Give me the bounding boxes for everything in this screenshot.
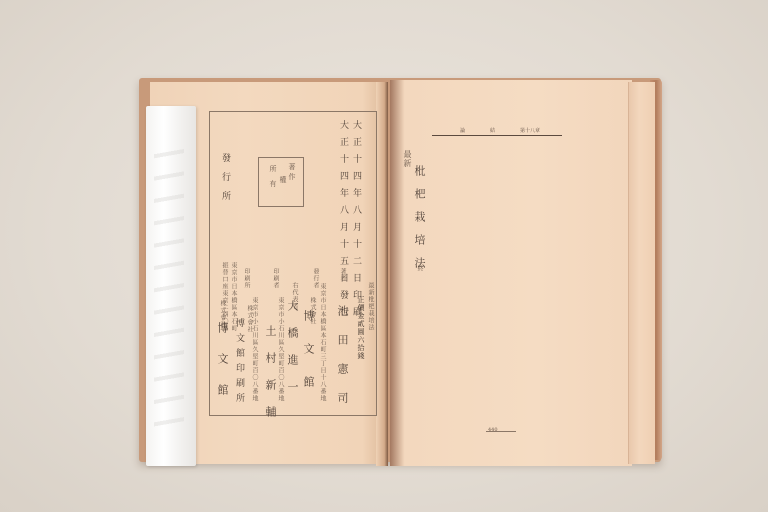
seal-text-2: 權 <box>278 176 288 184</box>
publishing-date: 大正十四年八月十五日發行 <box>337 120 350 324</box>
seal-text-1: 著作 <box>287 163 297 183</box>
header-rule <box>432 135 562 136</box>
issuer-label: 發行所 <box>219 153 232 210</box>
title-end-mark: 終 <box>415 265 424 272</box>
representative-name: 大橋進一 <box>284 300 300 408</box>
paper-spine-wrap <box>146 106 196 466</box>
printing-office-role: 印刷所 <box>242 268 251 289</box>
price-value: 正價金貳圓六拾錢 <box>356 296 366 360</box>
publisher-name: 博文館 <box>300 310 316 409</box>
page-stack <box>628 82 655 464</box>
price-title: 最新枇杷栽培法 <box>366 282 375 331</box>
book-title: 枇杷栽培法 <box>411 165 427 280</box>
issuer-name: 博文館 <box>214 322 230 415</box>
gutter <box>376 82 388 466</box>
running-header-chapter: 第十八章 <box>520 127 540 134</box>
author-name: 池田憲司 <box>334 305 350 421</box>
printing-office-company-prefix: 株式會社 <box>245 305 254 333</box>
issuer-address: 東京市日本橋區本石町 <box>229 262 238 332</box>
publisher-address: 東京市日本橋區本石町三丁目十八番地 <box>318 283 327 402</box>
seal-text-3: 所有 <box>268 165 278 195</box>
printer-name: 土村新輔 <box>262 325 278 433</box>
author-role: 著者 <box>338 268 347 282</box>
page-number: 440 <box>488 427 498 433</box>
printer-role: 印刷者 <box>271 268 280 289</box>
printing-date: 大正十四年八月十二日印刷 <box>350 120 363 324</box>
running-header-word-2: 論 <box>460 127 465 134</box>
running-header-word-1: 結 <box>490 127 495 134</box>
